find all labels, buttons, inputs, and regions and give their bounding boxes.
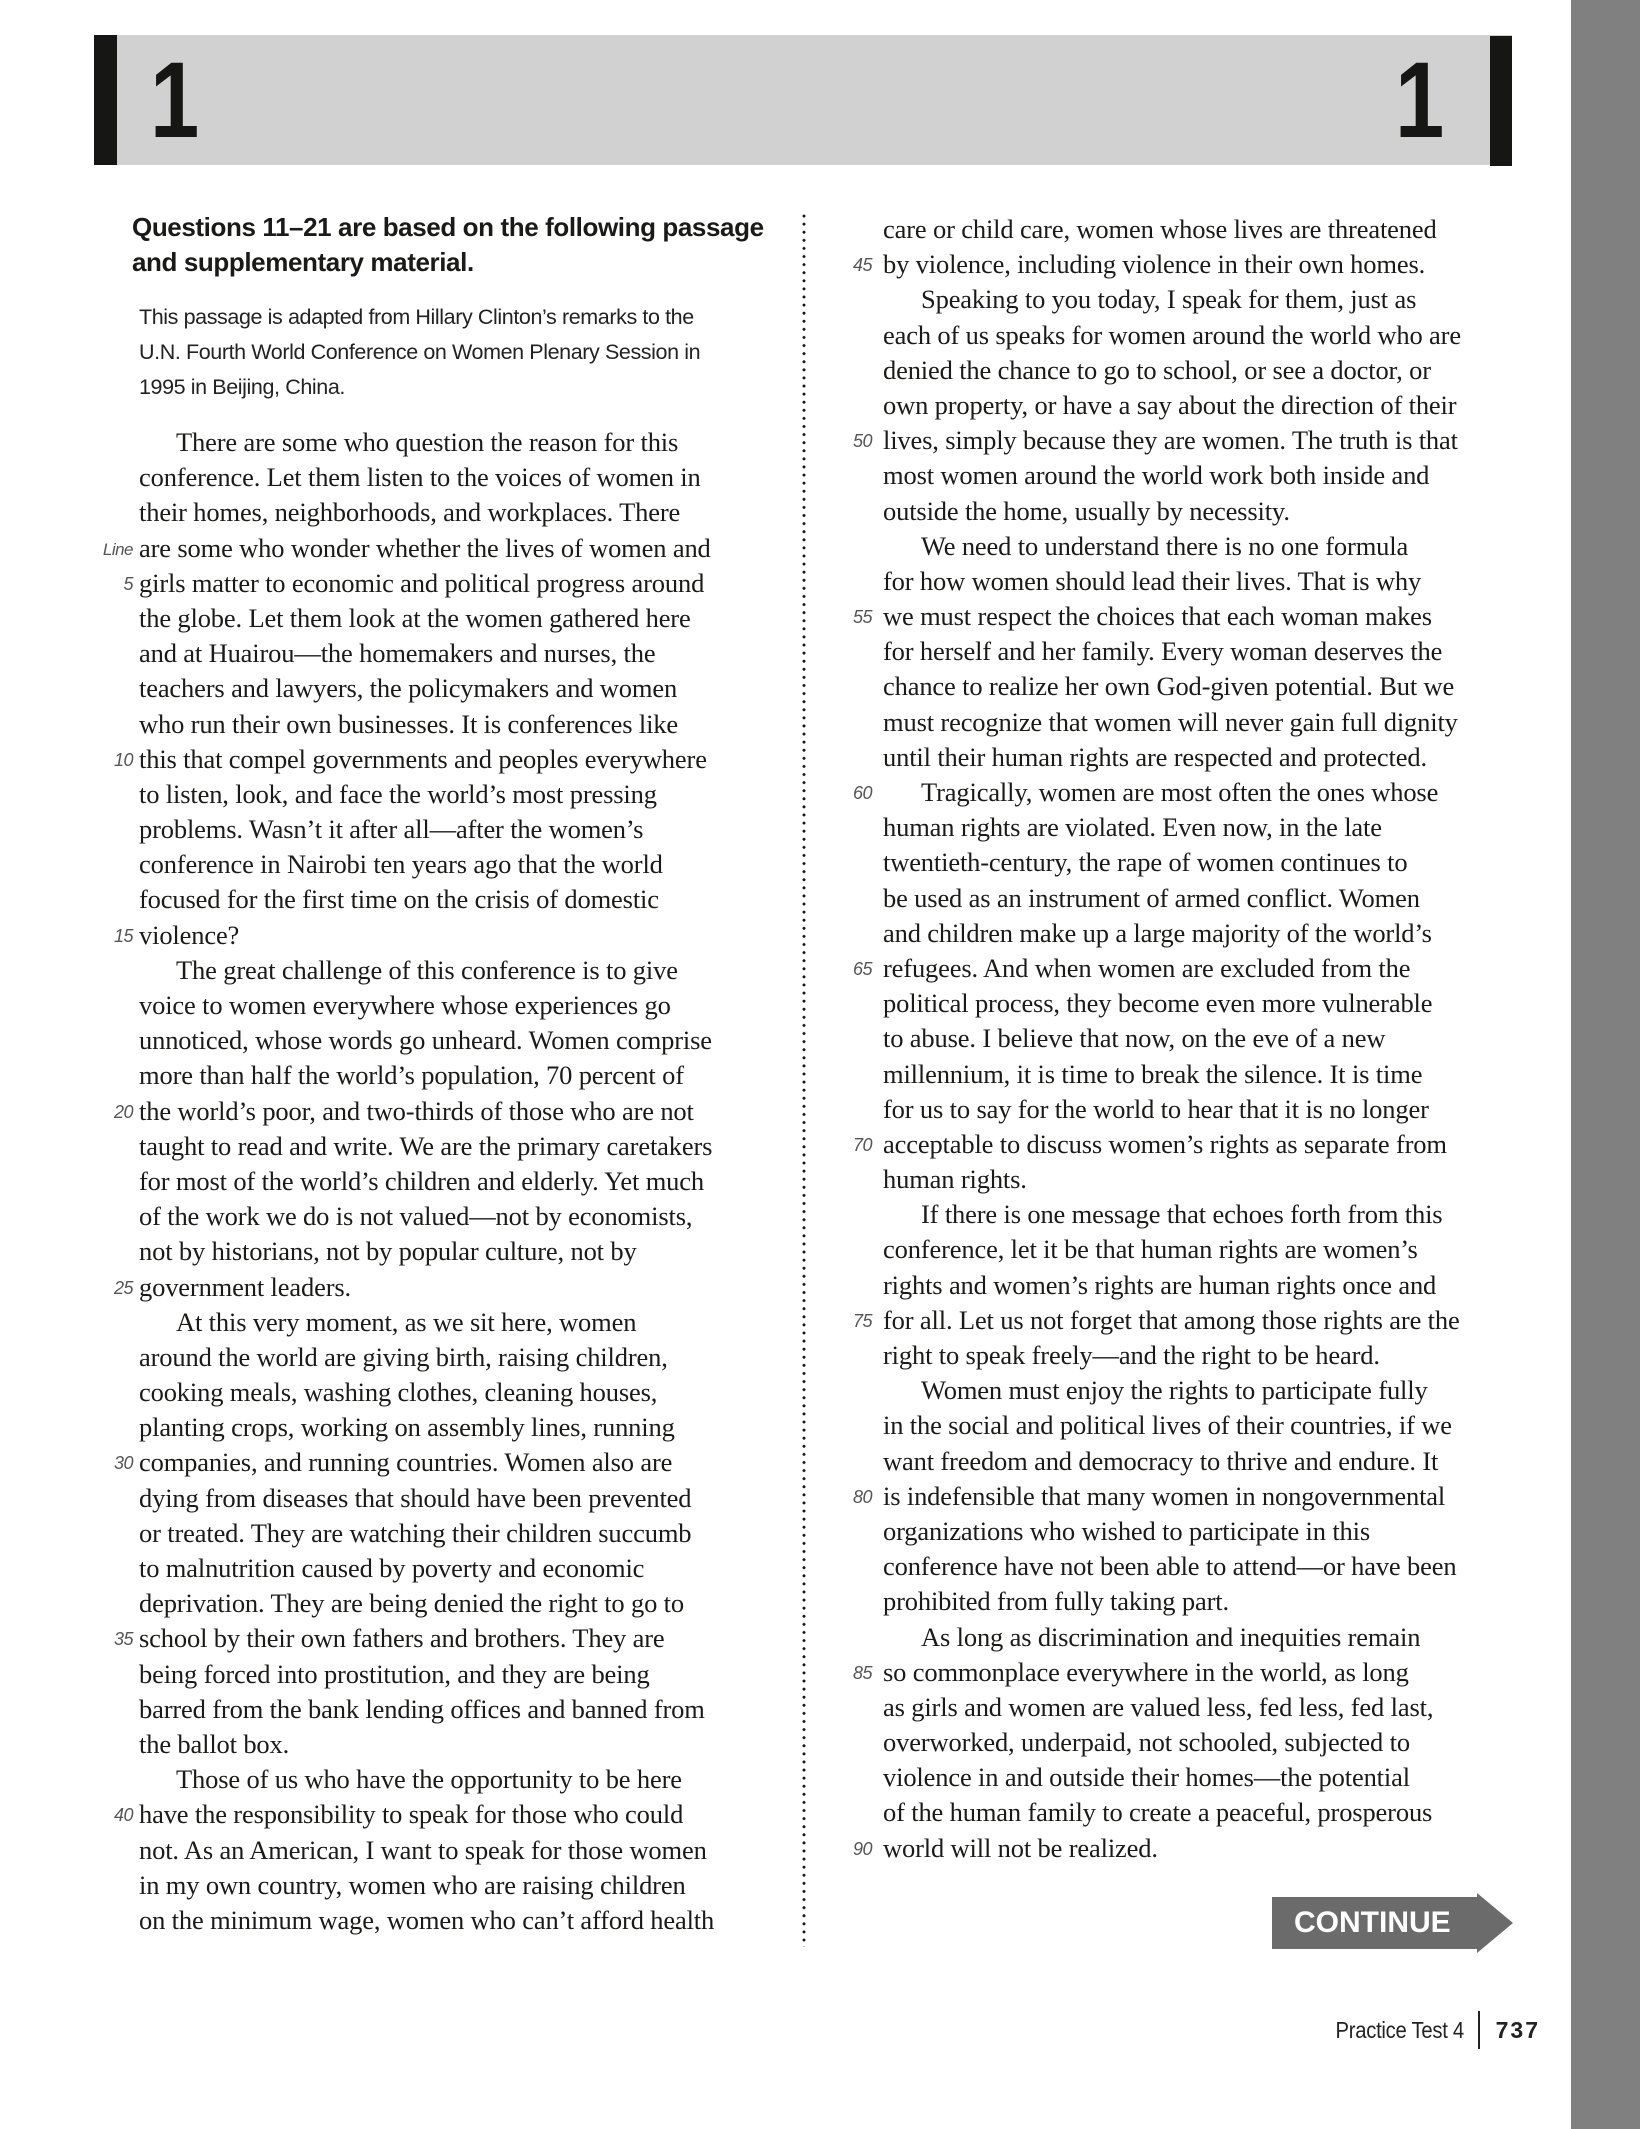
passage-line: conference, let it be that human rights … <box>880 1232 1520 1267</box>
passage-text: Tragically, women are most often the one… <box>921 777 1438 807</box>
passage-text: planting crops, working on assembly line… <box>139 1412 675 1442</box>
passage-line: the ballot box. <box>131 1727 771 1762</box>
line-number: 45 <box>812 248 872 283</box>
passage-line: 50lives, simply because they are women. … <box>880 423 1520 458</box>
page-footer: Practice Test 4 737 <box>1300 2010 1540 2050</box>
passage-line: human rights are violated. Even now, in … <box>880 810 1520 845</box>
passage-text: each of us speaks for women around the w… <box>883 320 1461 350</box>
passage-text: so commonplace everywhere in the world, … <box>883 1657 1409 1687</box>
passage-line: and children make up a large majority of… <box>880 916 1520 951</box>
passage-line: on the minimum wage, women who can’t aff… <box>131 1903 771 1938</box>
passage-text: human rights are violated. Even now, in … <box>883 812 1382 842</box>
passage-line: to abuse. I believe that now, on the eve… <box>880 1021 1520 1056</box>
passage-line: violence in and outside their homes—the … <box>880 1760 1520 1795</box>
passage-line: of the work we do is not valued—not by e… <box>131 1199 771 1234</box>
line-number: 85 <box>812 1656 872 1691</box>
passage-line: for us to say for the world to hear that… <box>880 1092 1520 1127</box>
passage-text: most women around the world work both in… <box>883 460 1429 490</box>
passage-text: we must respect the choices that each wo… <box>883 601 1432 631</box>
passage-line: want freedom and democracy to thrive and… <box>880 1444 1520 1479</box>
passage-text: for herself and her family. Every woman … <box>883 636 1442 666</box>
passage-text: human rights. <box>883 1164 1027 1194</box>
passage-text: problems. Wasn’t it after all—after the … <box>139 814 643 844</box>
line-number: 90 <box>812 1832 872 1867</box>
passage-line: human rights. <box>880 1162 1520 1197</box>
passage-text: deprivation. They are being denied the r… <box>139 1588 684 1618</box>
passage-text: unnoticed, whose words go unheard. Women… <box>139 1025 712 1055</box>
passage-line: At this very moment, as we sit here, wom… <box>131 1305 771 1340</box>
passage-text: world will not be realized. <box>883 1833 1158 1863</box>
passage-line: organizations who wished to participate … <box>880 1514 1520 1549</box>
passage-line: voice to women everywhere whose experien… <box>131 988 771 1023</box>
passage-line: 85so commonplace everywhere in the world… <box>880 1655 1520 1690</box>
passage-line: or treated. They are watching their chil… <box>131 1516 771 1551</box>
passage-line: overworked, underpaid, not schooled, sub… <box>880 1725 1520 1760</box>
passage-line: cooking meals, washing clothes, cleaning… <box>131 1375 771 1410</box>
passage-line: for herself and her family. Every woman … <box>880 634 1520 669</box>
passage-text: right to speak freely—and the right to b… <box>883 1340 1380 1370</box>
passage-line: 55we must respect the choices that each … <box>880 599 1520 634</box>
passage-text: teachers and lawyers, the policymakers a… <box>139 673 677 703</box>
passage-line: the globe. Let them look at the women ga… <box>131 601 771 636</box>
passage-line: 65refugees. And when women are excluded … <box>880 951 1520 986</box>
passage-text: for most of the world’s children and eld… <box>139 1166 704 1196</box>
passage-line: and at Huairou—the homemakers and nurses… <box>131 636 771 671</box>
passage-text: acceptable to discuss women’s rights as … <box>883 1129 1447 1159</box>
passage-line: millennium, it is time to break the sile… <box>880 1057 1520 1092</box>
passage-line: conference. Let them listen to the voice… <box>131 460 771 495</box>
passage-line: of the human family to create a peaceful… <box>880 1795 1520 1830</box>
line-number: 75 <box>812 1304 872 1339</box>
passage-line: care or child care, women whose lives ar… <box>880 212 1520 247</box>
passage-text: to listen, look, and face the world’s mo… <box>139 779 657 809</box>
page-edge-strip <box>1571 0 1640 2129</box>
line-number: 50 <box>812 424 872 459</box>
line-number: 20 <box>73 1095 133 1130</box>
passage-line: 45by violence, including violence in the… <box>880 247 1520 282</box>
passage-text: around the world are giving birth, raisi… <box>139 1342 668 1372</box>
passage-line: in the social and political lives of the… <box>880 1408 1520 1443</box>
passage-line: deprivation. They are being denied the r… <box>131 1586 771 1621</box>
passage-line: right to speak freely—and the right to b… <box>880 1338 1520 1373</box>
footer-divider <box>1478 2011 1480 2049</box>
passage-text: the globe. Let them look at the women ga… <box>139 603 691 633</box>
passage-text: as girls and women are valued less, fed … <box>883 1692 1433 1722</box>
passage-text: focused for the first time on the crisis… <box>139 884 659 914</box>
passage-line: unnoticed, whose words go unheard. Women… <box>131 1023 771 1058</box>
line-number: 65 <box>812 952 872 987</box>
passage-text: to malnutrition caused by poverty and ec… <box>139 1553 644 1583</box>
passage-text: in my own country, women who are raising… <box>139 1870 686 1900</box>
passage-line: around the world are giving birth, raisi… <box>131 1340 771 1375</box>
passage-line: 10this that compel governments and peopl… <box>131 742 771 777</box>
passage-text: for us to say for the world to hear that… <box>883 1094 1429 1124</box>
passage-line: dying from diseases that should have bee… <box>131 1481 771 1516</box>
passage-line: twentieth-century, the rape of women con… <box>880 845 1520 880</box>
passage-text: their homes, neighborhoods, and workplac… <box>139 497 680 527</box>
passage-text: not. As an American, I want to speak for… <box>139 1835 707 1865</box>
passage-source-note: This passage is adapted from Hillary Cli… <box>139 300 771 405</box>
passage-text: want freedom and democracy to thrive and… <box>883 1446 1438 1476</box>
section-header-bar-left <box>94 35 117 165</box>
passage-text: for how women should lead their lives. T… <box>883 566 1421 596</box>
passage-line: problems. Wasn’t it after all—after the … <box>131 812 771 847</box>
passage-text: conference, let it be that human rights … <box>883 1234 1418 1264</box>
passage-text: or treated. They are watching their chil… <box>139 1518 691 1548</box>
passage-text: own property, or have a say about the di… <box>883 390 1456 420</box>
passage-text: taught to read and write. We are the pri… <box>139 1131 712 1161</box>
passage-line: who run their own businesses. It is conf… <box>131 707 771 742</box>
questions-heading-line: Questions 11–21 are based on the followi… <box>132 210 771 245</box>
passage-text: be used as an instrument of armed confli… <box>883 883 1420 913</box>
passage-text: conference. Let them listen to the voice… <box>139 462 701 492</box>
passage-text: If there is one message that echoes fort… <box>921 1199 1442 1229</box>
passage-text: overworked, underpaid, not schooled, sub… <box>883 1727 1410 1757</box>
passage-line: 35school by their own fathers and brothe… <box>131 1621 771 1656</box>
passage-line: political process, they become even more… <box>880 986 1520 1021</box>
passage-text: for all. Let us not forget that among th… <box>883 1305 1460 1335</box>
passage-line: 5girls matter to economic and political … <box>131 566 771 601</box>
passage-text: voice to women everywhere whose experien… <box>139 990 671 1020</box>
passage-left-lines: There are some who question the reason f… <box>131 425 771 1938</box>
source-note-line: U.N. Fourth World Conference on Women Pl… <box>139 335 771 370</box>
passage-text: denied the chance to go to school, or se… <box>883 355 1431 385</box>
passage-line: The great challenge of this conference i… <box>131 953 771 988</box>
line-number: 60 <box>812 776 872 811</box>
passage-line: chance to realize her own God-given pote… <box>880 669 1520 704</box>
passage-text: rights and women’s rights are human righ… <box>883 1270 1436 1300</box>
passage-line: more than half the world’s population, 7… <box>131 1058 771 1093</box>
passage-line: not. As an American, I want to speak for… <box>131 1833 771 1868</box>
passage-text: dying from diseases that should have bee… <box>139 1483 691 1513</box>
passage-text: being forced into prostitution, and they… <box>139 1659 650 1689</box>
passage-text: Speaking to you today, I speak for them,… <box>921 284 1416 314</box>
passage-line: 15violence? <box>131 918 771 953</box>
passage-line: prohibited from fully taking part. <box>880 1584 1520 1619</box>
passage-text: twentieth-century, the rape of women con… <box>883 847 1407 877</box>
passage-line: conference have not been able to attend—… <box>880 1549 1520 1584</box>
passage-text: of the work we do is not valued—not by e… <box>139 1201 692 1231</box>
line-number: 55 <box>812 600 872 635</box>
passage-text: girls matter to economic and political p… <box>139 568 704 598</box>
passage-text: Women must enjoy the rights to participa… <box>921 1375 1428 1405</box>
passage-text: by violence, including violence in their… <box>883 249 1425 279</box>
passage-text: companies, and running countries. Women … <box>139 1447 672 1477</box>
line-number: 35 <box>73 1622 133 1657</box>
passage-text: The great challenge of this conference i… <box>176 955 678 985</box>
passage-text: chance to realize her own God-given pote… <box>883 671 1454 701</box>
section-header-band <box>94 35 1512 165</box>
passage-text: who run their own businesses. It is conf… <box>139 709 678 739</box>
line-number: 25 <box>73 1271 133 1306</box>
passage-text: refugees. And when women are excluded fr… <box>883 953 1410 983</box>
passage-text: in the social and political lives of the… <box>883 1410 1452 1440</box>
passage-line: There are some who question the reason f… <box>131 425 771 460</box>
passage-line: Lineare some who wonder whether the live… <box>131 531 771 566</box>
passage-text: must recognize that women will never gai… <box>883 707 1458 737</box>
passage-line: taught to read and write. We are the pri… <box>131 1129 771 1164</box>
section-number-right: 1 <box>1395 40 1444 160</box>
questions-heading: Questions 11–21 are based on the followi… <box>132 210 771 280</box>
line-number: 80 <box>812 1480 872 1515</box>
continue-label: CONTINUE <box>1272 1897 1477 1949</box>
passage-text: government leaders. <box>139 1272 351 1302</box>
passage-line: 90world will not be realized. <box>880 1831 1520 1866</box>
passage-line: 30companies, and running countries. Wome… <box>131 1445 771 1480</box>
passage-text: Those of us who have the opportunity to … <box>176 1764 682 1794</box>
passage-line: conference in Nairobi ten years ago that… <box>131 847 771 882</box>
passage-line: in my own country, women who are raising… <box>131 1868 771 1903</box>
passage-text: organizations who wished to participate … <box>883 1516 1370 1546</box>
line-number: 40 <box>73 1798 133 1833</box>
passage-text: to abuse. I believe that now, on the eve… <box>883 1023 1385 1053</box>
passage-line: 40have the responsibility to speak for t… <box>131 1797 771 1832</box>
passage-text: barred from the bank lending offices and… <box>139 1694 705 1724</box>
passage-line: be used as an instrument of armed confli… <box>880 881 1520 916</box>
line-number: 15 <box>73 919 133 954</box>
passage-line: 60Tragically, women are most often the o… <box>880 775 1520 810</box>
source-note-line: 1995 in Beijing, China. <box>139 370 771 405</box>
passage-text: until their human rights are respected a… <box>883 742 1427 772</box>
passage-line: until their human rights are respected a… <box>880 740 1520 775</box>
passage-text: political process, they become even more… <box>883 988 1432 1018</box>
passage-line: barred from the bank lending offices and… <box>131 1692 771 1727</box>
passage-text: We need to understand there is no one fo… <box>921 531 1408 561</box>
passage-line: Women must enjoy the rights to participa… <box>880 1373 1520 1408</box>
right-column: care or child care, women whose lives ar… <box>880 212 1520 1866</box>
passage-text: violence? <box>139 920 239 950</box>
passage-line: Speaking to you today, I speak for them,… <box>880 282 1520 317</box>
passage-text: the world’s poor, and two-thirds of thos… <box>139 1096 694 1126</box>
source-note-line: This passage is adapted from Hillary Cli… <box>139 300 771 335</box>
passage-line: If there is one message that echoes fort… <box>880 1197 1520 1232</box>
passage-line: being forced into prostitution, and they… <box>131 1657 771 1692</box>
passage-line: 80is indefensible that many women in non… <box>880 1479 1520 1514</box>
section-header-bar-right <box>1490 36 1512 166</box>
passage-line: As long as discrimination and inequities… <box>880 1620 1520 1655</box>
passage-text: this that compel governments and peoples… <box>139 744 707 774</box>
passage-text: are some who wonder whether the lives of… <box>139 533 711 563</box>
passage-line: We need to understand there is no one fo… <box>880 529 1520 564</box>
passage-text: cooking meals, washing clothes, cleaning… <box>139 1377 657 1407</box>
passage-line: teachers and lawyers, the policymakers a… <box>131 671 771 706</box>
passage-text: on the minimum wage, women who can’t aff… <box>139 1905 714 1935</box>
passage-text: and children make up a large majority of… <box>883 918 1432 948</box>
left-column: Questions 11–21 are based on the followi… <box>131 210 771 1938</box>
passage-line: outside the home, usually by necessity. <box>880 494 1520 529</box>
passage-text: school by their own fathers and brothers… <box>139 1623 665 1653</box>
passage-text: conference have not been able to attend—… <box>883 1551 1456 1581</box>
passage-text: lives, simply because they are women. Th… <box>883 425 1458 455</box>
passage-line: own property, or have a say about the di… <box>880 388 1520 423</box>
passage-text: As long as discrimination and inequities… <box>921 1622 1420 1652</box>
continue-button[interactable]: CONTINUE <box>1272 1893 1513 1953</box>
passage-line: denied the chance to go to school, or se… <box>880 353 1520 388</box>
passage-line: 20the world’s poor, and two-thirds of th… <box>131 1094 771 1129</box>
passage-text: conference in Nairobi ten years ago that… <box>139 849 663 879</box>
passage-line: planting crops, working on assembly line… <box>131 1410 771 1445</box>
line-number: 70 <box>812 1128 872 1163</box>
passage-line: 25government leaders. <box>131 1270 771 1305</box>
arrow-right-icon <box>1477 1893 1513 1953</box>
passage-line: 75for all. Let us not forget that among … <box>880 1303 1520 1338</box>
passage-text: not by historians, not by popular cultur… <box>139 1236 637 1266</box>
line-number: 30 <box>73 1446 133 1481</box>
passage-line: focused for the first time on the crisis… <box>131 882 771 917</box>
passage-text: millennium, it is time to break the sile… <box>883 1059 1422 1089</box>
passage-line: for how women should lead their lives. T… <box>880 564 1520 599</box>
line-number: Line <box>73 532 133 567</box>
passage-line: to malnutrition caused by poverty and ec… <box>131 1551 771 1586</box>
passage-text: prohibited from fully taking part. <box>883 1586 1229 1616</box>
passage-text: At this very moment, as we sit here, wom… <box>176 1307 636 1337</box>
line-number: 10 <box>73 743 133 778</box>
passage-right-lines: care or child care, women whose lives ar… <box>880 212 1520 1866</box>
passage-text: care or child care, women whose lives ar… <box>883 214 1437 244</box>
passage-text: have the responsibility to speak for tho… <box>139 1799 683 1829</box>
passage-text: and at Huairou—the homemakers and nurses… <box>139 638 655 668</box>
column-divider-dotted <box>802 212 806 1947</box>
section-number-left: 1 <box>150 40 199 160</box>
page-number: 737 <box>1496 2017 1540 2044</box>
passage-text: the ballot box. <box>139 1729 289 1759</box>
passage-line: must recognize that women will never gai… <box>880 705 1520 740</box>
questions-heading-line: and supplementary material. <box>132 245 771 280</box>
passage-text: is indefensible that many women in nongo… <box>883 1481 1445 1511</box>
passage-text: violence in and outside their homes—the … <box>883 1762 1410 1792</box>
footer-test-label: Practice Test 4 <box>1335 2017 1463 2044</box>
passage-text: more than half the world’s population, 7… <box>139 1060 684 1090</box>
passage-line: rights and women’s rights are human righ… <box>880 1268 1520 1303</box>
line-number: 5 <box>73 567 133 602</box>
passage-line: not by historians, not by popular cultur… <box>131 1234 771 1269</box>
passage-text: outside the home, usually by necessity. <box>883 496 1290 526</box>
passage-line: Those of us who have the opportunity to … <box>131 1762 771 1797</box>
passage-line: for most of the world’s children and eld… <box>131 1164 771 1199</box>
passage-text: of the human family to create a peaceful… <box>883 1797 1432 1827</box>
passage-line: each of us speaks for women around the w… <box>880 318 1520 353</box>
passage-line: their homes, neighborhoods, and workplac… <box>131 495 771 530</box>
passage-text: There are some who question the reason f… <box>176 427 678 457</box>
passage-line: to listen, look, and face the world’s mo… <box>131 777 771 812</box>
passage-line: 70acceptable to discuss women’s rights a… <box>880 1127 1520 1162</box>
passage-line: most women around the world work both in… <box>880 458 1520 493</box>
passage-line: as girls and women are valued less, fed … <box>880 1690 1520 1725</box>
